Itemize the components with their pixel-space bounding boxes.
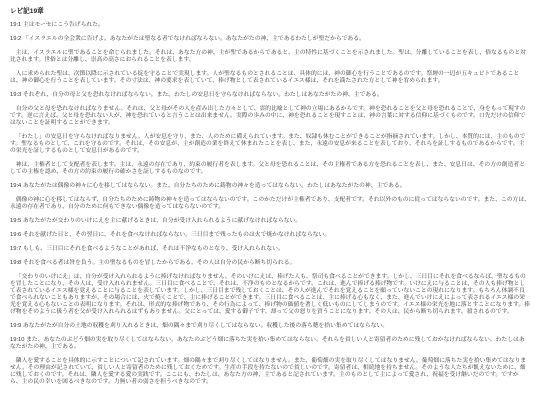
commentary-paragraph: 「わたし」の安息日を守らなければなりません。人が安息を守り、また、人のために備え…	[10, 134, 530, 155]
commentary-paragraph: 自分の父と母を恐れなければなりません。それは、父と母がその人を産み出した方々とし…	[10, 106, 530, 127]
commentary-paragraph: 偶像の神に心を移してはならず、自分たちのために鋳物の神々を造ってはならないのです…	[10, 197, 530, 211]
page-title: レビ記19章	[10, 8, 530, 16]
verse-paragraph: 19:6 それを献げた日と、その翌日に、それを食べなければならない。三日目まで残…	[10, 232, 530, 239]
commentary-paragraph: 人に求められた聖は、次節以降に示されている掟を守ることで実現します。人が聖なるも…	[10, 71, 530, 85]
verse-paragraph: 19:5 あなたがたが交わりのいけにえを主に献げるときは、自分が受け入れられるよ…	[10, 218, 530, 225]
verse-paragraph: 19:10 また、あなたのぶどう畑の実を取り尽くしてはならない。あなたのぶどう畑…	[10, 337, 530, 351]
verse-paragraph: 19:1 主はモーセにこう告げられた。	[10, 22, 530, 29]
commentary-paragraph: 隣人を愛することを具体的に示すことについて記されています。畑の隅々まで刈り尽くし…	[10, 358, 530, 386]
verse-paragraph: 19:7 もしも、三日目にそれを食べるようなことがあれば、それは不浄なものとなり…	[10, 246, 530, 253]
verse-paragraph: 19:4 あなたがたは偶像の神々に心を移してはならない。また、自分たちのために鋳…	[10, 183, 530, 190]
document-page: レビ記19章 19:1 主はモーセにこう告げられた。19:2 「イスラエルの全会…	[0, 0, 540, 399]
document-body: 19:1 主はモーセにこう告げられた。19:2 「イスラエルの全会衆に告げよ。あ…	[10, 22, 530, 386]
verse-paragraph: 19:3 それぞれ、自分の母と父を恐れなければならない。また、わたしの安息日を守…	[10, 92, 530, 99]
verse-paragraph: 19:9 あなたがたが自分の土地の収穫を刈り入れるときは、畑の隅々まで刈り尽くし…	[10, 323, 530, 330]
commentary-paragraph: 主は、イスラエルに聖であることを命じられました。それは、あなた方の神、主が聖であ…	[10, 50, 530, 64]
verse-paragraph: 19:2 「イスラエルの全会衆に告げよ。あなたがたは聖なる者でなければならない。…	[10, 36, 530, 43]
commentary-paragraph: 神は、主権者として支配者を表します。主は、永遠の存在であり、約束の履行者を表しま…	[10, 162, 530, 176]
commentary-paragraph: 「交わりのいけにえ」は、自分が受け入れられるように捧げなければなりません。そのい…	[10, 274, 530, 316]
verse-paragraph: 19:8 それを食べる者は咎を負う。主の聖なるものを冒したからである。その人は自…	[10, 260, 530, 267]
